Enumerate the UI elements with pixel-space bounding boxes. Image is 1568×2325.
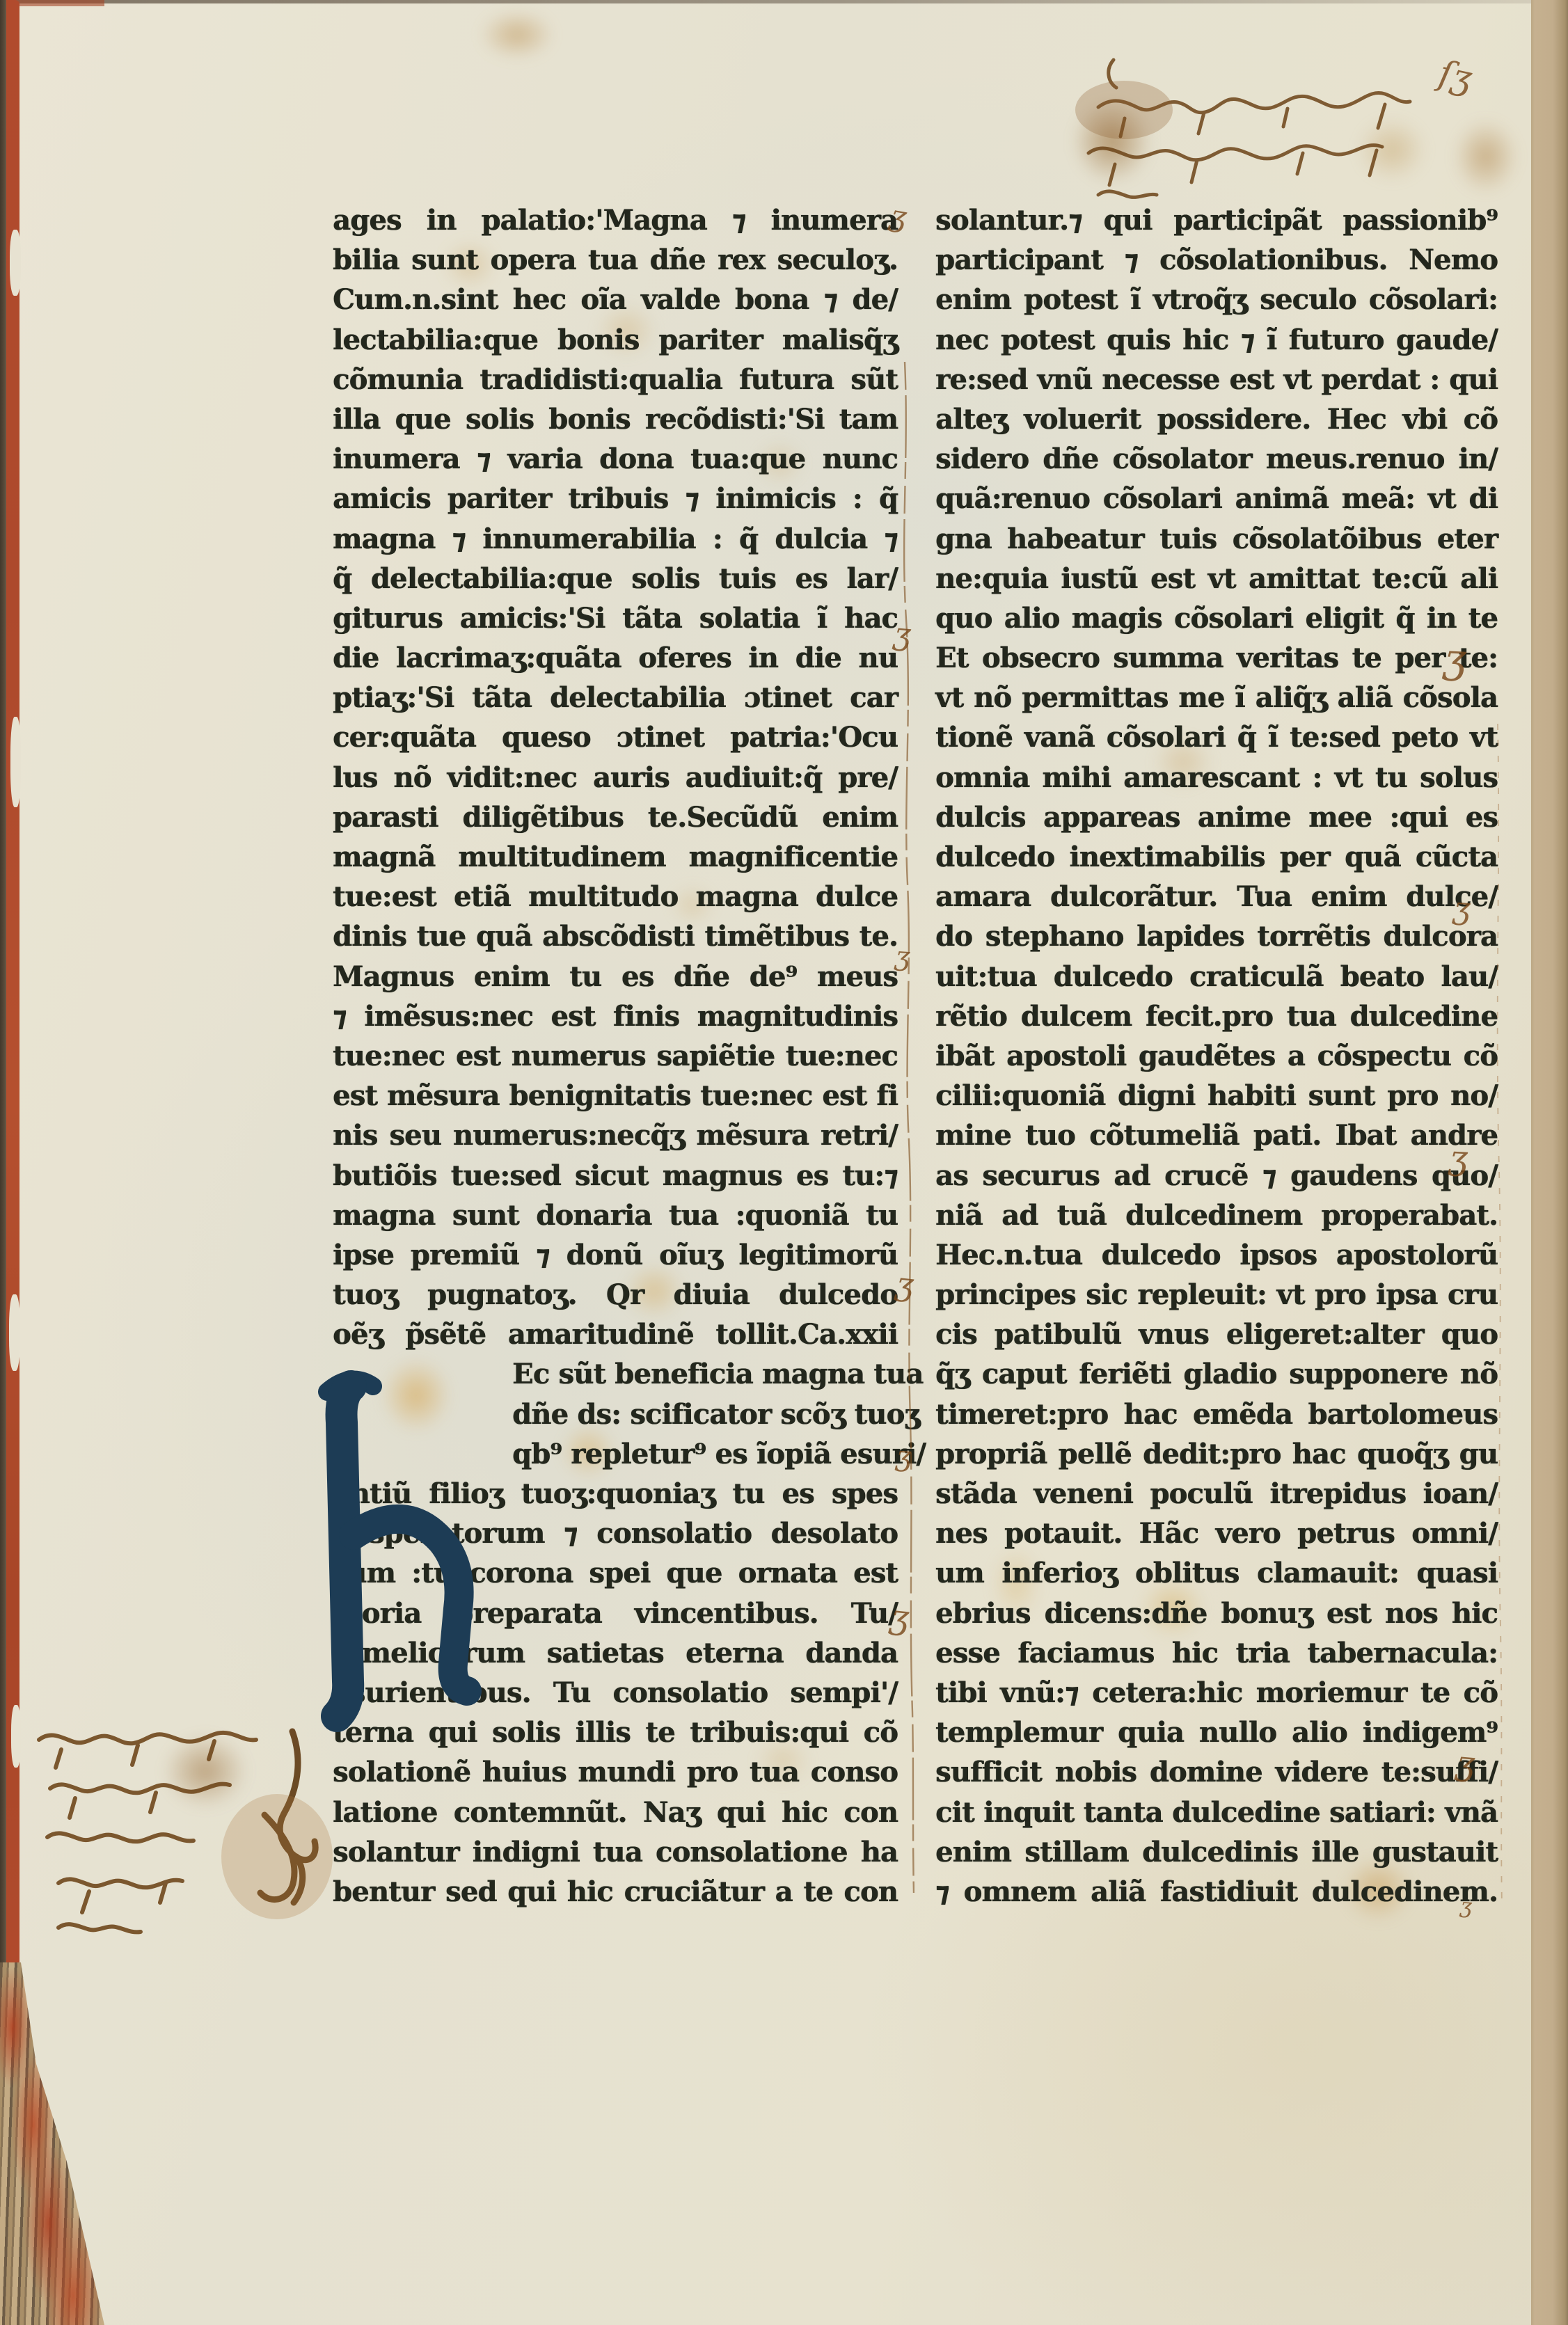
book-fore-edge bbox=[1525, 0, 1568, 2325]
pen-trial-mark: ʒ bbox=[1448, 1138, 1469, 1177]
text-line: templemur quia nullo alio indigem⁹ bbox=[935, 1713, 1498, 1752]
text-line: oẽʒ p̃sẽtẽ amaritudinẽ tollit.Ca.xxii bbox=[333, 1315, 898, 1354]
text-line: vt nõ permittas me ĩ aliq̃ʒ aliã cõsola bbox=[935, 678, 1498, 717]
text-line: cis patibulũ vnus eligeret:alter quo bbox=[935, 1315, 1498, 1354]
text-line: nec potest quis hic ⁊ ĩ futuro gaude/ bbox=[935, 320, 1498, 360]
text-line: die lacrimaʒ:quãta oferes in die nu bbox=[333, 638, 898, 678]
text-line: ipse premiũ ⁊ donũ oĩuʒ legitimorũ bbox=[333, 1235, 898, 1275]
text-line: nes potauit. Hãc vero petrus omni/ bbox=[935, 1514, 1498, 1553]
text-line: niã ad tuã dulcedinem properabat. bbox=[935, 1196, 1498, 1235]
pen-trial-mark: ʒ bbox=[1442, 634, 1467, 683]
text-line: inumera ⁊ varia dona tua:que nunc bbox=[333, 439, 898, 479]
ink-rule-line bbox=[896, 362, 914, 1893]
text-line: rẽtio dulcem fecit.pro tua dulcedine bbox=[935, 997, 1498, 1036]
edge-gap bbox=[10, 717, 21, 807]
pen-trial-mark: ʒ bbox=[1455, 1743, 1477, 1784]
edge-gap bbox=[11, 1705, 21, 1768]
stain bbox=[1441, 104, 1531, 209]
red-edge-stain-left bbox=[6, 0, 19, 2004]
text-line: dulcedo inextimabilis per quã cũcta bbox=[935, 837, 1498, 877]
page: ages in palatio:'Magna ⁊ inumerabilia su… bbox=[0, 0, 1531, 2325]
text-line: esse faciamus hic tria tabernacula: bbox=[935, 1633, 1498, 1673]
pen-trial-mark: ʒ bbox=[892, 616, 912, 653]
text-line: parasti diligẽtibus te.Secũdũ enim bbox=[333, 798, 898, 837]
marginalia-note-top-right bbox=[1058, 40, 1468, 207]
text-line: lectabilia:que bonis pariter malisq̃ʒ bbox=[333, 320, 898, 360]
book-scan: ages in palatio:'Magna ⁊ inumerabilia su… bbox=[0, 0, 1568, 2325]
text-line: q̃ʒ caput feriẽti gladio supponere nõ bbox=[935, 1354, 1498, 1394]
text-line: do stephano lapides torrẽtis dulcora bbox=[935, 916, 1498, 956]
text-line: um inferioʒ oblitus clamauit: quasi bbox=[935, 1553, 1498, 1593]
pen-trial-mark: ʒ bbox=[1452, 890, 1471, 927]
text-line: tuoʒ pugnatoʒ. Qr diuia dulcedo bbox=[333, 1275, 898, 1315]
text-line: sidero dñe cõsolator meus.renuo in/ bbox=[935, 439, 1498, 479]
pen-trial-mark: ʒ bbox=[895, 1440, 912, 1473]
text-line: latione contemnũt. Naʒ qui hic con bbox=[333, 1793, 898, 1832]
text-line: timeret:pro hac emẽda bartolomeus bbox=[935, 1395, 1498, 1434]
text-line: ptiaʒ:'Si tãta delectabilia ɔtinet car bbox=[333, 678, 898, 717]
text-line: tue:nec est numerus sapiẽtie tue:nec bbox=[333, 1036, 898, 1076]
text-line: magnã multitudinem magnificentie bbox=[333, 837, 898, 877]
text-line: ⁊ imẽsus:nec est finis magnitudinis bbox=[333, 997, 898, 1036]
text-line: principes sic repleuit: vt pro ipsa cru bbox=[935, 1275, 1498, 1315]
pen-trial-mark: ʒ bbox=[1459, 1894, 1473, 1919]
text-line: amara dulcorãtur. Tua enim dulce/ bbox=[935, 877, 1498, 916]
edge-gap bbox=[10, 230, 21, 296]
text-line: quo alio magis cõsolari eligit q̃ in te bbox=[935, 598, 1498, 638]
text-line: illa que solis bonis recõdisti:'Si tam bbox=[333, 399, 898, 439]
stain bbox=[465, 0, 569, 70]
text-line: stãda veneni poculũ itrepidus ioan/ bbox=[935, 1474, 1498, 1514]
text-line: ages in palatio:'Magna ⁊ inumera bbox=[333, 200, 898, 240]
text-line: lus nõ vidit:nec auris audiuit:q̃ pre/ bbox=[333, 758, 898, 798]
text-line: re:sed vnũ necesse est vt perdat : qui bbox=[935, 360, 1498, 399]
text-line: ⁊ omnem aliã fastidiuit dulcedinem. bbox=[935, 1872, 1498, 1912]
text-line: magna ⁊ innumerabilia : q̃ dulcia ⁊ bbox=[333, 519, 898, 559]
text-line: ebrius dicens:dñe bonuʒ est nos hic bbox=[935, 1594, 1498, 1633]
text-line: Cum.n.sint hec oĩa valde bona ⁊ de/ bbox=[333, 280, 898, 319]
marginalia-note-left bbox=[19, 1683, 347, 1954]
text-line: tibi vnũ:⁊ cetera:hic moriemur te cõ bbox=[935, 1673, 1498, 1713]
text-line: gna habeatur tuis cõsolatõibus eter bbox=[935, 519, 1498, 559]
text-line: butiõis tue:sed sicut magnus es tu:⁊ bbox=[333, 1156, 898, 1196]
text-line: uit:tua dulcedo craticulã beato lau/ bbox=[935, 957, 1498, 997]
text-line: solantur.⁊ qui participãt passionib⁹ bbox=[935, 200, 1498, 240]
text-line: enim potest ĩ vtroq̃ʒ seculo cõsolari: bbox=[935, 280, 1498, 319]
text-line: nis seu numerus:necq̃ʒ mẽsura retri/ bbox=[333, 1116, 898, 1155]
text-line: cer:quãta queso ɔtinet patria:'Ocu bbox=[333, 717, 898, 757]
text-line: cit inquit tanta dulcedine satiari: vnã bbox=[935, 1793, 1498, 1832]
text-line: dinis tue quã abscõdisti timẽtibus te. bbox=[333, 916, 898, 956]
text-line: omnia mihi amarescant : vt tu solus bbox=[935, 758, 1498, 798]
drop-cap-initial-h bbox=[306, 1356, 501, 1759]
stain bbox=[1056, 82, 1168, 200]
stain bbox=[1343, 104, 1441, 195]
red-edge-stain-bottom-left bbox=[0, 1962, 104, 2325]
text-line: amicis pariter tribuis ⁊ inimicis : q̃ bbox=[333, 479, 898, 518]
text-line: sufficit nobis domine videre te:suffi/ bbox=[935, 1752, 1498, 1792]
text-column-right: solantur.⁊ qui participãt passionib⁹part… bbox=[935, 200, 1498, 1912]
text-line: participant ⁊ cõsolationibus. Nemo bbox=[935, 240, 1498, 280]
text-line: propriã pellẽ dedit:pro hac quoq̃ʒ gu bbox=[935, 1434, 1498, 1474]
pen-trial-mark: ʒ bbox=[894, 940, 910, 971]
edge-gap bbox=[9, 1294, 20, 1371]
text-line: solantur indigni tua consolatione ha bbox=[333, 1832, 898, 1872]
text-line: bilia sunt opera tua dñe rex seculoʒ. bbox=[333, 240, 898, 280]
pen-trial-mark: ʒ bbox=[888, 1597, 911, 1638]
text-line: as securus ad crucẽ ⁊ gaudens quo/ bbox=[935, 1156, 1498, 1196]
text-line: dulcis appareas anime mee :qui es bbox=[935, 798, 1498, 837]
stain bbox=[146, 1719, 264, 1823]
text-line: cõmunia tradidisti:qualia futura sũt bbox=[333, 360, 898, 399]
page-top-edge bbox=[0, 0, 1531, 3]
text-line: ne:quia iustũ est vt amittat te:cũ ali bbox=[935, 559, 1498, 598]
text-line: magna sunt donaria tua :quoniã tu bbox=[333, 1196, 898, 1235]
text-line: cilii:quoniã digni habiti sunt pro no/ bbox=[935, 1076, 1498, 1116]
text-line: alteʒ voluerit possidere. Hec vbi cõ bbox=[935, 399, 1498, 439]
pen-trial-mark: ʒ bbox=[894, 1264, 915, 1303]
text-line: Magnus enim tu es dñe de⁹ meus bbox=[333, 957, 898, 997]
text-line: tue:est etiã multitudo magna dulce bbox=[333, 877, 898, 916]
text-line: tionẽ vanã cõsolari q̃ ĩ te:sed peto vt bbox=[935, 717, 1498, 757]
text-line: bentur sed qui hic cruciãtur a te con bbox=[333, 1872, 898, 1912]
text-line: mine tuo cõtumeliã pati. Ibat andre bbox=[935, 1116, 1498, 1155]
text-line: Et obsecro summa veritas te per te: bbox=[935, 638, 1498, 678]
pen-trial-mark: ſʒ bbox=[1435, 53, 1475, 99]
text-line: Hec.n.tua dulcedo ipsos apostolorũ bbox=[935, 1235, 1498, 1275]
text-line: quã:renuo cõsolari animã meã: vt di bbox=[935, 479, 1498, 518]
text-line: ibãt apostoli gaudẽtes a cõspectu cõ bbox=[935, 1036, 1498, 1076]
text-line: est mẽsura benignitatis tue:nec est fi bbox=[333, 1076, 898, 1116]
text-line: giturus amicis:'Si tãta solatia ĩ hac bbox=[333, 598, 898, 638]
text-line: enim stillam dulcedinis ille gustauit bbox=[935, 1832, 1498, 1872]
text-line: q̃ delectabilia:que solis tuis es lar/ bbox=[333, 559, 898, 598]
